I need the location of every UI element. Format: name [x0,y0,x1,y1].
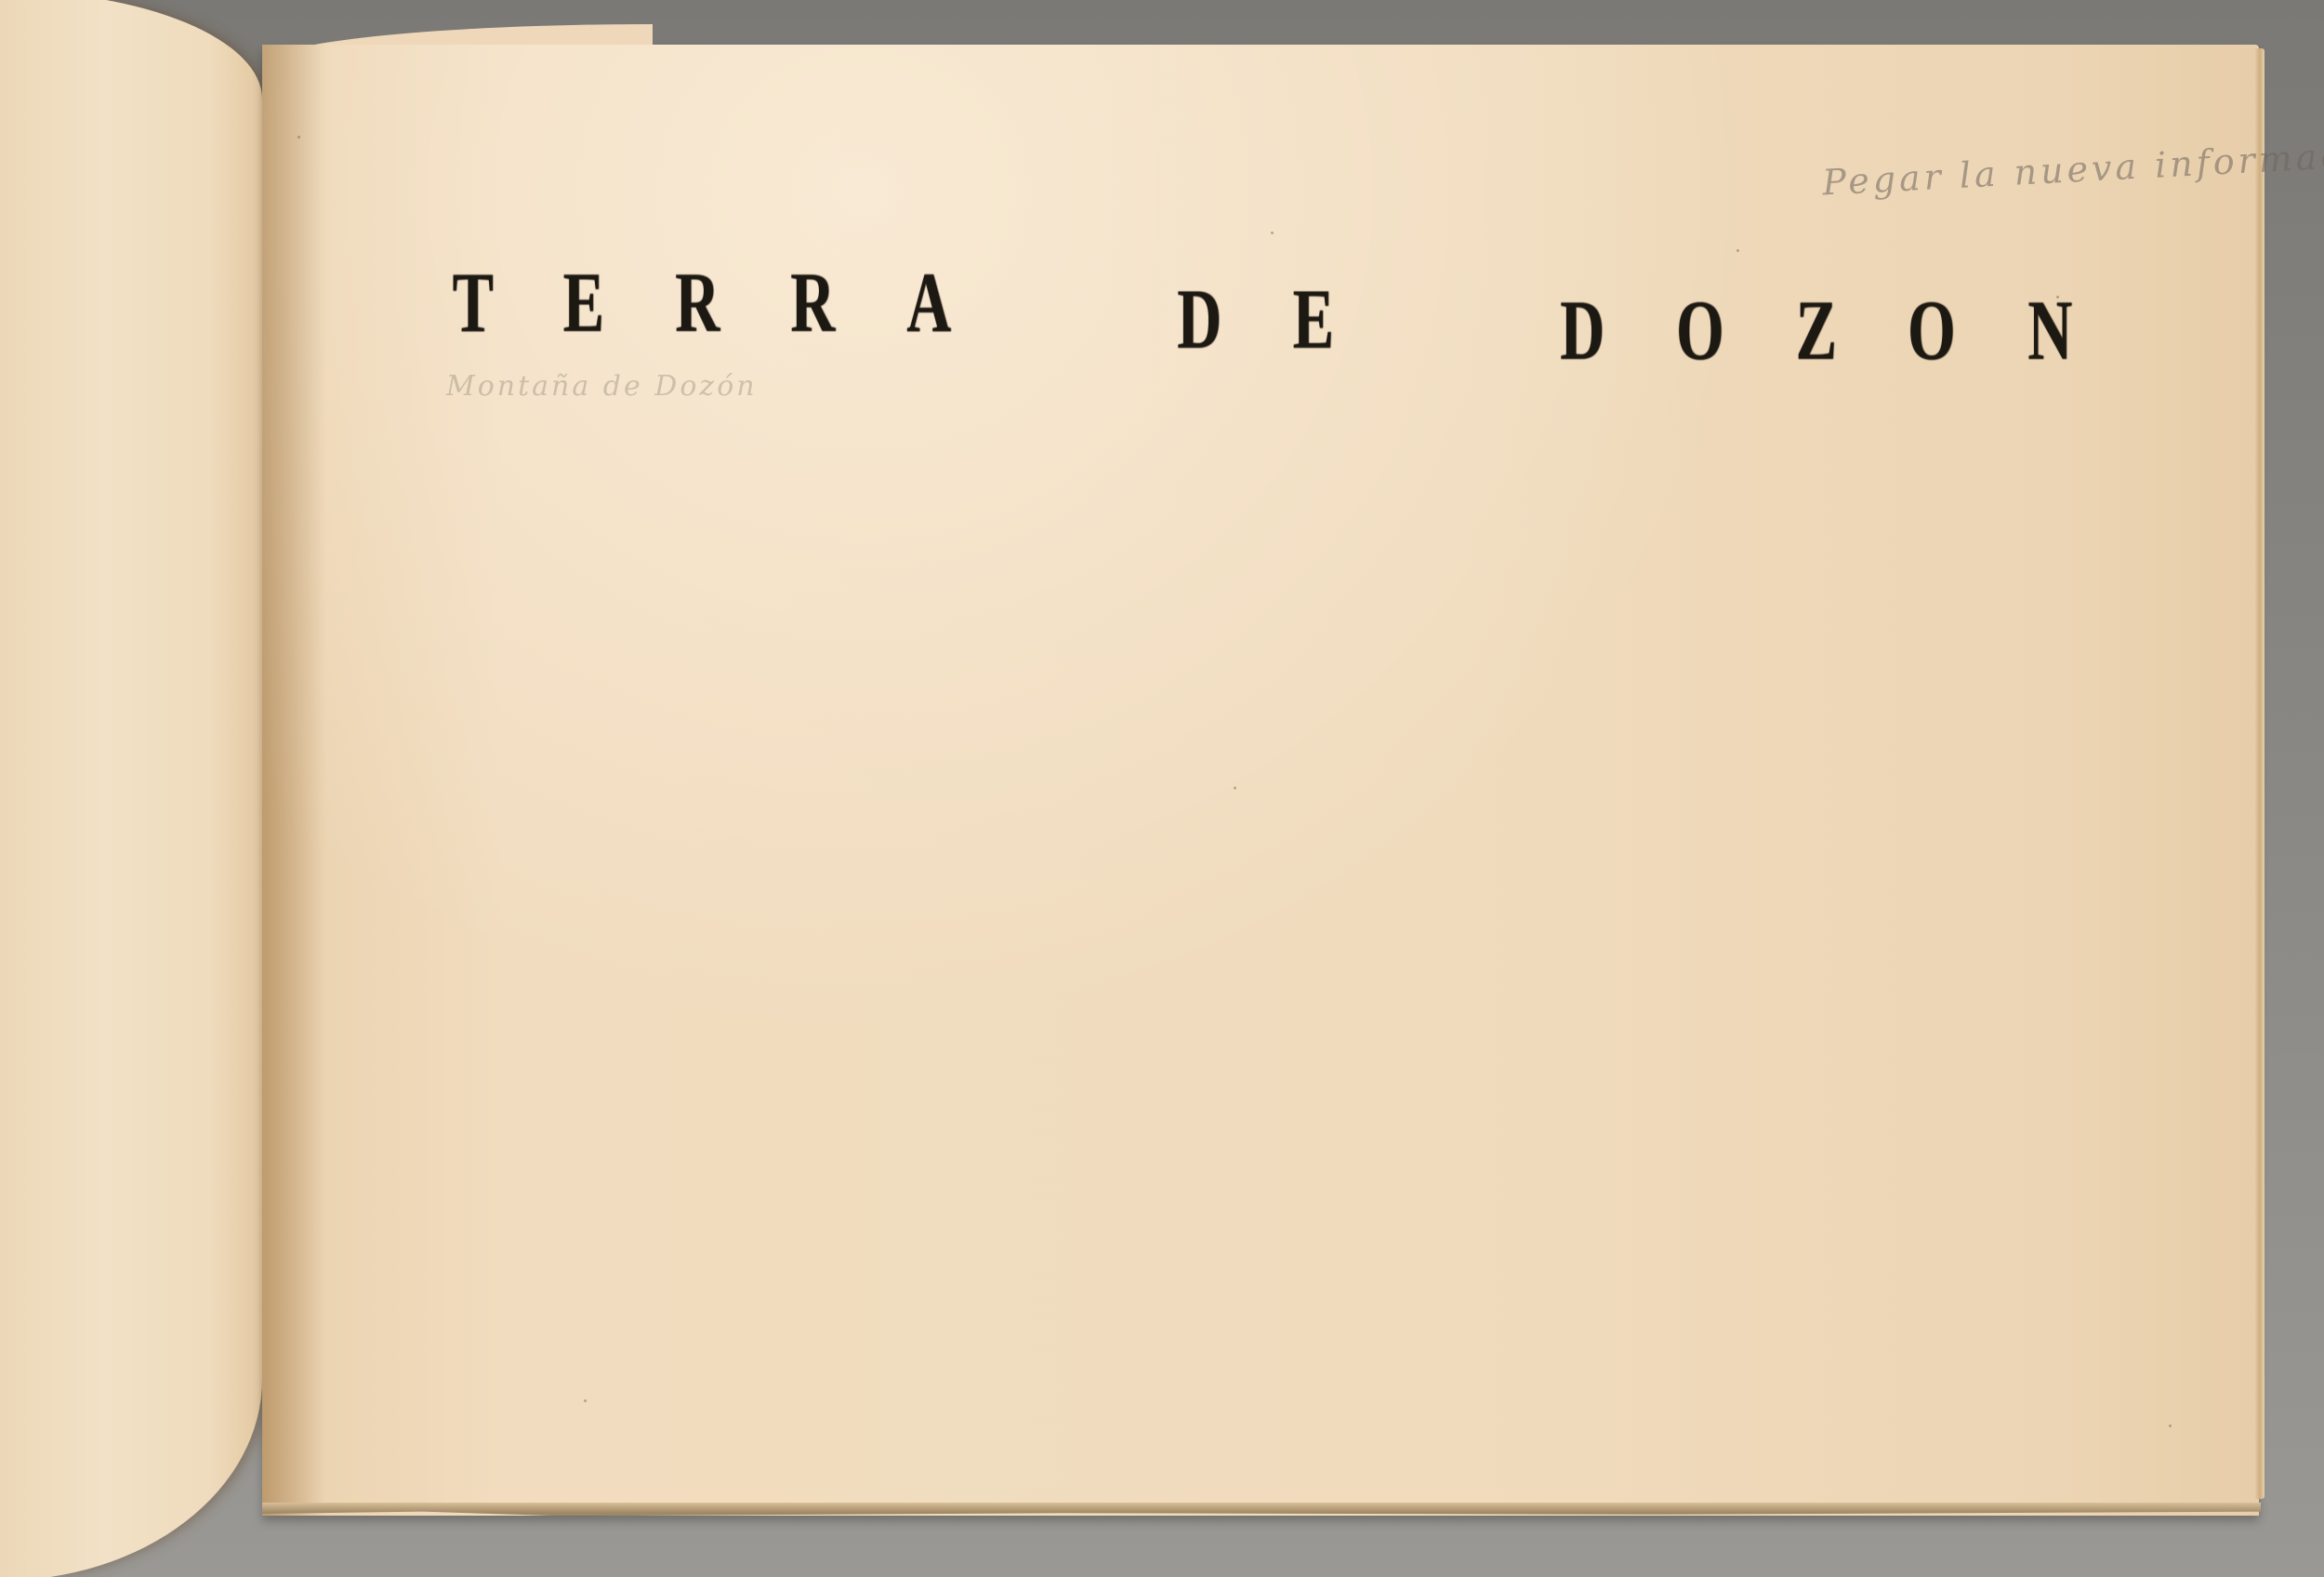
title-word-dozon: D O Z O N [1552,281,2080,379]
title-word-terra: T E R R A [444,253,959,351]
title-word-de: D E [1169,270,1341,368]
letter: D [1560,281,1604,379]
letter: O [1676,281,1724,379]
left-page [0,0,262,1577]
photo-scene: T E R R A D E D O Z O N Pegar la nueva i… [0,0,2324,1577]
letter: D [1178,270,1222,368]
letter: R [791,253,836,351]
letter: O [1908,281,1956,379]
stencil-title: T E R R A D E D O Z O N [444,253,2080,383]
letter: A [906,253,951,351]
letter: T [453,253,494,351]
letter: E [1292,270,1333,368]
letter: N [2027,281,2072,379]
pencil-note-subtitle: Montaña de Dozón [446,370,758,403]
page-edge-stack [2255,48,2265,1499]
letter: E [563,253,604,351]
letter: Z [1795,281,1836,379]
letter: R [675,253,720,351]
